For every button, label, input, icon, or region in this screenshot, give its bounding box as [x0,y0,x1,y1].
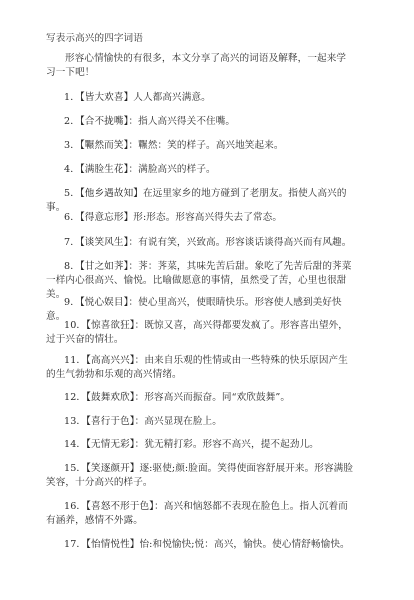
document-page: 写表示高兴的四字词语 形容心情愉快的有很多，本文分享了高兴的词语及解释，一起来学… [0,0,414,600]
item-number: 1． [64,92,80,103]
list-item: 1．【皆大欢喜】人人都高兴满意。 [46,91,354,105]
item-description: ：犹无精打彩。形容不高兴，提不起劲儿。 [135,439,319,450]
list-item: 17．【怡情悦性】怡:和悦愉快;悦：高兴，愉快。使心情舒畅愉快。 [46,538,354,552]
intro-paragraph: 形容心情愉快的有很多，本文分享了高兴的词语及解释，一起来学习一下吧！ [46,52,354,80]
item-description: ：有说有笑，兴致高。形容谈话谈得高兴而有风趣。 [128,237,351,248]
item-number: 16． [64,501,86,512]
item-number: 8． [64,261,80,272]
item-number: 3． [64,140,80,151]
item-description: ：囅然：笑的样子。高兴地笑起来。 [128,140,283,151]
item-description: 怡:和悦愉快;悦：高兴，愉快。使心情舒畅愉快。 [139,539,349,550]
item-term: 【喜行于色】 [86,416,135,427]
item-description: ：指人高兴得关不住嘴。 [128,116,235,127]
document-title: 写表示高兴的四字词语 [46,32,354,46]
item-number: 10． [64,320,86,331]
item-number: 14． [64,439,86,450]
item-number: 2． [64,116,80,127]
item-number: 15． [64,463,86,474]
item-term: 【皆大欢喜】 [80,92,133,103]
item-number: 6． [64,212,80,223]
item-description: 形:形态。形容高兴得失去了常态。 [133,212,282,223]
list-item: 16．【喜怒不形于色】：高兴和恼怒都不表现在脸色上。指人沉着而有涵养，感情不外露… [46,500,354,528]
item-term: 【惊喜欲狂】 [86,320,135,331]
item-term: 【他乡遇故知】 [80,188,143,199]
item-term: 【甘之如荠】 [80,261,129,272]
item-term: 【鼓舞欢欣】 [86,392,135,403]
list-item: 12．【鼓舞欢欣】：形容高兴而振奋。同“欢欣鼓舞”。 [46,391,354,405]
list-item: 11．【高高兴兴】：由来自乐观的性情或由一些特殊的快乐原因产生的生气勃勃和乐观的… [46,354,354,382]
item-term: 【合不拢嘴】 [80,116,129,127]
list-item: 14．【无情无彩】：犹无精打彩。形容不高兴，提不起劲儿。 [46,438,354,452]
list-item: 15．【笑逐颜开】逐:驱使;颜:脸面。笑得使面容舒展开来。形容满脸笑容，十分高兴… [46,462,354,490]
list-item: 6．【得意忘形】形:形态。形容高兴得失去了常态。 [46,211,354,225]
item-number: 13． [64,416,86,427]
list-item: 13．【喜行于色】：高兴显现在脸上。 [46,415,354,429]
item-term: 【无情无彩】 [86,439,135,450]
item-number: 12． [64,392,86,403]
item-description: ：高兴显现在脸上。 [135,416,222,427]
item-term: 【囅然而笑】 [80,140,129,151]
list-item: 3．【囅然而笑】：囅然：笑的样子。高兴地笑起来。 [46,139,354,153]
item-number: 4． [64,164,80,175]
list-item: 4．【满脸生花】：满脸高兴的样子。 [46,163,354,177]
item-term: 【喜怒不形于色】 [86,501,154,512]
item-description: 人人都高兴满意。 [133,92,211,103]
item-number: 7． [64,237,80,248]
item-term: 【谈笑风生】 [80,237,129,248]
item-term: 【悦心娱目】 [80,297,129,308]
list-item: 10．【惊喜欲狂】：既惊又喜，高兴得都要发疯了。形容喜出望外，过于兴奋的情壮。 [46,319,354,347]
item-number: 17． [64,539,86,550]
item-term: 【满脸生花】 [80,164,129,175]
item-term: 【怡情悦性】 [86,539,139,550]
item-number: 11． [64,355,86,366]
item-description: ：满脸高兴的样子。 [128,164,215,175]
item-number: 5． [64,188,80,199]
list-item: 7．【谈笑风生】：有说有笑，兴致高。形容谈话谈得高兴而有风趣。 [46,236,354,250]
item-term: 【笑逐颜开】 [86,463,139,474]
list-item: 2．【合不拢嘴】：指人高兴得关不住嘴。 [46,115,354,129]
item-description: ：形容高兴而振奋。同“欢欣鼓舞”。 [135,392,290,403]
item-term: 【高高兴兴】 [86,355,135,366]
item-number: 9． [64,297,80,308]
item-term: 【得意忘形】 [80,212,133,223]
